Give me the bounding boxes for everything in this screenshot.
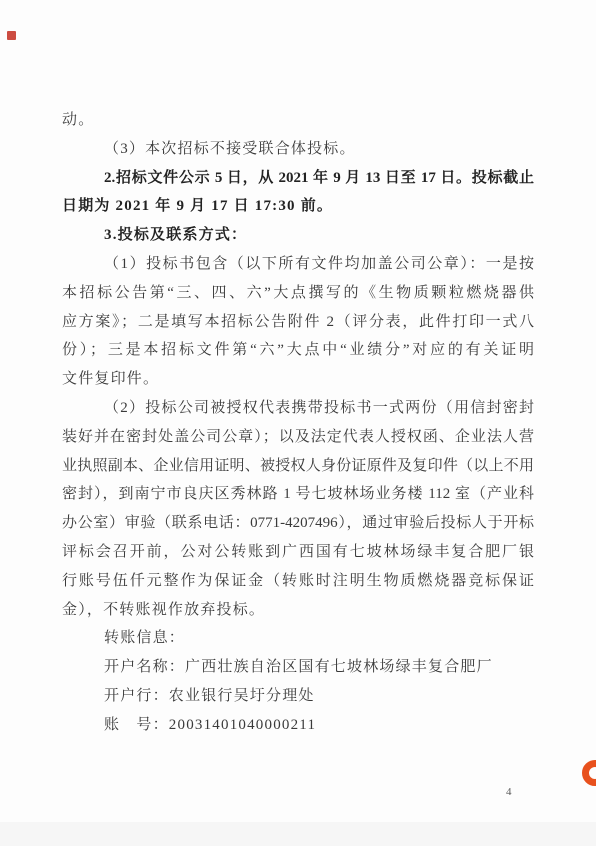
doc-line: 金），不转账视作放弃投标。 bbox=[62, 596, 534, 625]
doc-line-phone: 办公室）审验（联系电话：0771-4207496），通过审验后投标人于开标 bbox=[62, 509, 534, 538]
doc-line: 评标会召开前，公对公转账到广西国有七坡林场绿丰复合肥厂银 bbox=[62, 538, 534, 567]
document-body: 动。 （3）本次招标不接受联合体投标。 2.招标文件公示 5 日，从 2021 … bbox=[62, 106, 534, 740]
doc-line: 应方案》；二是填写本招标公告附件 2（评分表，此件打印一式八 bbox=[62, 308, 534, 337]
bank-branch-line: 开户行：农业银行吴圩分理处 bbox=[62, 682, 534, 711]
doc-line-section-2: 2.招标文件公示 5 日，从 2021 年 9 月 13 日至 17 日。投标截… bbox=[62, 164, 534, 193]
doc-line-continuation: 动。 bbox=[62, 106, 534, 135]
doc-line: 业执照副本、企业信用证明、被授权人身份证原件及复印件（以上不用 bbox=[62, 452, 534, 481]
account-number-line: 账 号：20031401040000211 bbox=[62, 711, 534, 740]
doc-line-section-3: 3.投标及联系方式： bbox=[62, 221, 534, 250]
document-page: 动。 （3）本次招标不接受联合体投标。 2.招标文件公示 5 日，从 2021 … bbox=[0, 0, 596, 846]
doc-line: 装好并在密封处盖公司公章）；以及法定代表人授权函、企业法人营 bbox=[62, 423, 534, 452]
orange-stamp-icon bbox=[580, 756, 596, 792]
doc-line-deadline: 日期为 2021 年 9 月 17 日 17:30 前。 bbox=[62, 192, 534, 221]
red-seal-mark bbox=[7, 31, 16, 40]
transfer-info-heading: 转账信息： bbox=[62, 624, 534, 653]
doc-line: 份）；三是本招标文件第“六”大点中“业绩分”对应的有关证明 bbox=[62, 336, 534, 365]
scan-artifact-band bbox=[0, 822, 596, 846]
doc-line: 行账号伍仟元整作为保证金（转账时注明生物质燃烧器竞标保证 bbox=[62, 567, 534, 596]
doc-line: 本招标公告第“三、四、六”大点撰写的《生物质颗粒燃烧器供 bbox=[62, 279, 534, 308]
doc-line-item-1: （1）投标书包含（以下所有文件均加盖公司公章）：一是按 bbox=[62, 250, 534, 279]
doc-line-address: 密封），到南宁市良庆区秀林路 1 号七坡林场业务楼 112 室（产业科 bbox=[62, 480, 534, 509]
page-number: 4 bbox=[506, 786, 512, 798]
doc-line-item-2: （2）投标公司被授权代表携带投标书一式两份（用信封密封 bbox=[62, 394, 534, 423]
account-name-line: 开户名称：广西壮族自治区国有七坡林场绿丰复合肥厂 bbox=[62, 653, 534, 682]
doc-line-item-3: （3）本次招标不接受联合体投标。 bbox=[62, 135, 534, 164]
doc-line: 文件复印件。 bbox=[62, 365, 534, 394]
